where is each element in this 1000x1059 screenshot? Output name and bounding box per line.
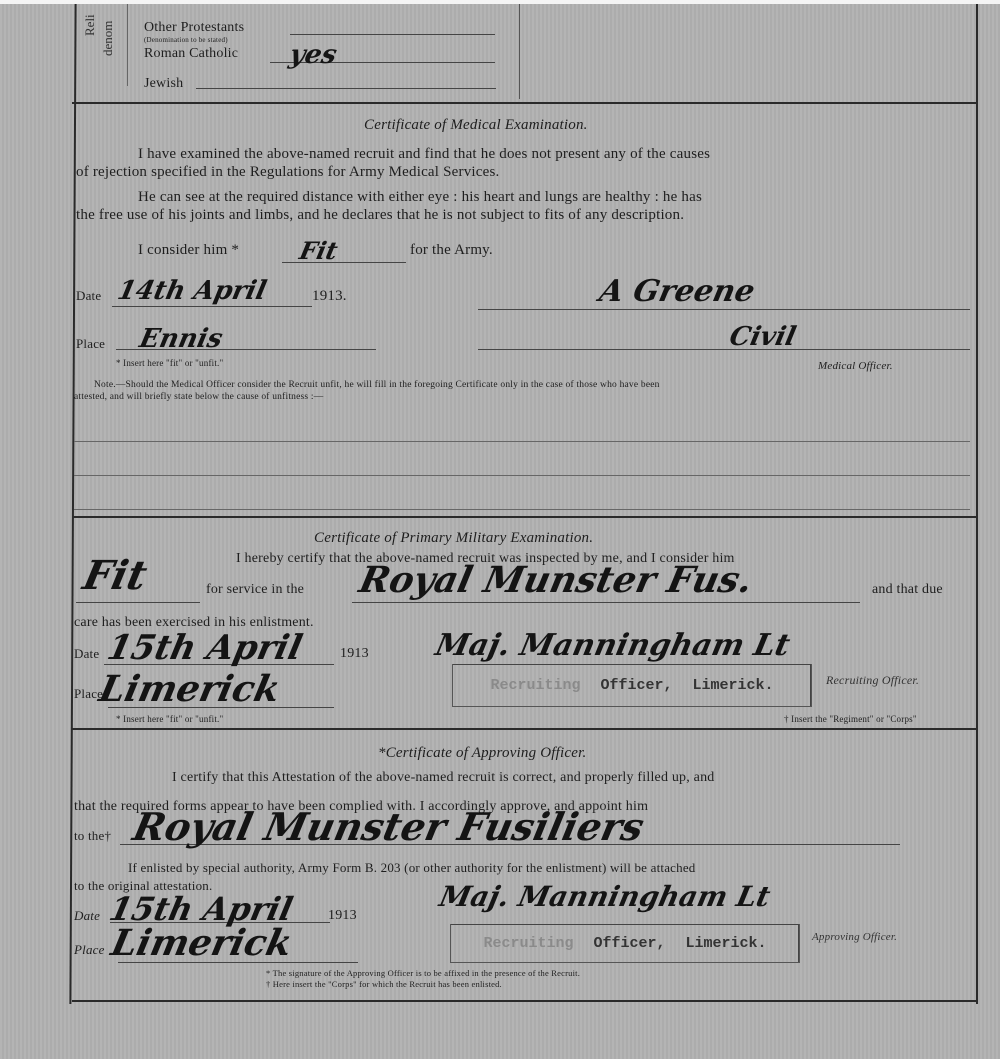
jewish-field[interactable] (196, 88, 496, 89)
stamp-recruiting-text: Recruiting (483, 935, 573, 952)
jewish-label: Jewish (144, 76, 183, 92)
frame-left-border (69, 4, 76, 1004)
approving-place-label: Place (74, 942, 105, 958)
religion-column-divider (519, 4, 520, 99)
consider-him-label: I consider him * (138, 242, 239, 259)
and-that-due-label: and that due (872, 582, 943, 598)
religion-side-label: Reli (82, 6, 98, 36)
medical-officer-line (478, 349, 970, 350)
unfitness-cause-line-1[interactable] (74, 441, 970, 442)
primary-date-label: Date (74, 646, 99, 662)
other-protestants-field[interactable] (290, 34, 495, 35)
approving-officer-signature: Maj. Manningham Lt (436, 880, 773, 913)
recruiting-officer-label: Recruiting Officer. (826, 673, 919, 688)
recruiting-officer-signature: Maj. Manningham Lt (432, 628, 793, 663)
stamp-place-text: Limerick. (693, 677, 774, 694)
denomination-note: (Denomination to be stated) (144, 36, 228, 44)
to-the-label: to the† (74, 828, 111, 844)
regiment-note: † Insert the "Regiment" or "Corps" (784, 714, 917, 724)
approving-date-year: 1913 (328, 908, 357, 924)
unfitness-cause-line-3[interactable] (74, 509, 970, 510)
medical-para2-line1: He can see at the required distance with… (138, 189, 702, 206)
section-divider-religion (72, 102, 978, 104)
medical-para2-line2: the free use of his joints and limbs, an… (76, 207, 684, 224)
attestation-form-page: Reli denom Other Protestants (Denominati… (0, 4, 1000, 1059)
approving-corps-value: Royal Munster Fusiliers (129, 804, 648, 849)
approving-line1: I certify that this Attestation of the a… (172, 770, 714, 786)
stamp-officer-text: Officer, (593, 935, 665, 952)
medical-date-label: Date (76, 288, 101, 304)
recruiting-officer-stamp: Recruiting Officer, Limerick. (452, 664, 812, 707)
primary-date-year: 1913 (340, 646, 369, 662)
roman-catholic-value: yes (287, 40, 340, 70)
medical-place-label: Place (76, 336, 105, 352)
frame-right-border (976, 4, 978, 1004)
for-service-label: for service in the (206, 582, 304, 598)
medical-officer-type: Civil (727, 322, 799, 352)
for-the-army-label: for the Army. (410, 242, 493, 259)
approving-title: *Certificate of Approving Officer. (378, 745, 586, 762)
denomination-side-label: denom (100, 6, 116, 56)
stamp-officer-text: Officer, (600, 677, 672, 694)
approving-place-value: Limerick (108, 922, 296, 964)
medical-para1-line1: I have examined the above-named recruit … (138, 146, 710, 163)
primary-fit-field[interactable] (76, 602, 200, 603)
primary-fit-note: * Insert here "fit" or "unfit." (116, 714, 223, 724)
primary-regiment-field[interactable] (352, 602, 860, 603)
primary-regiment-value: Royal Munster Fus. (356, 559, 757, 601)
roman-catholic-label: Roman Catholic (144, 46, 238, 62)
approving-footnote-2: † Here insert the "Corps" for which the … (266, 979, 502, 989)
medical-para1-line2: of rejection specified in the Regulation… (76, 164, 499, 181)
medical-fit-note: * Insert here "fit" or "unfit." (116, 358, 223, 368)
consider-fit-value: Fit (297, 236, 340, 265)
approving-officer-stamp: Recruiting Officer, Limerick. (450, 924, 800, 963)
medical-officer-signature: A Greene (596, 274, 758, 309)
stamp-place-text: Limerick. (686, 935, 767, 952)
medical-officer-label: Medical Officer. (818, 360, 893, 372)
medical-title: Certificate of Medical Examination. (364, 117, 588, 134)
medical-date-value: 14th April (115, 276, 269, 306)
medical-date-year: 1913. (312, 288, 347, 305)
medical-date-field[interactable] (112, 306, 312, 307)
approving-line4: If enlisted by special authority, Army F… (128, 860, 696, 876)
frame-bottom-border (72, 1000, 978, 1002)
medical-signature-line (478, 309, 970, 310)
approving-footnote-1: * The signature of the Approving Officer… (266, 968, 580, 978)
approving-bracket (798, 924, 799, 962)
other-protestants-label: Other Protestants (144, 20, 244, 36)
approving-officer-label: Approving Officer. (812, 931, 897, 943)
primary-title: Certificate of Primary Military Examinat… (314, 530, 593, 547)
recruiting-bracket (810, 664, 811, 706)
primary-fit-value: Fit (79, 552, 151, 599)
medical-note-line1: Note.—Should the Medical Officer conside… (94, 380, 660, 390)
medical-place-value: Ennis (137, 324, 226, 354)
unfitness-cause-line-2[interactable] (74, 475, 970, 476)
religion-bracket (127, 4, 128, 86)
stamp-recruiting-text: Recruiting (490, 677, 580, 694)
primary-place-value: Limerick (96, 668, 284, 710)
medical-note-line2: attested, and will briefly state below t… (74, 392, 323, 402)
section-divider-medical (72, 516, 978, 518)
section-divider-primary (72, 728, 978, 730)
primary-date-value: 15th April (104, 628, 306, 668)
approving-date-label: Date (74, 908, 100, 924)
